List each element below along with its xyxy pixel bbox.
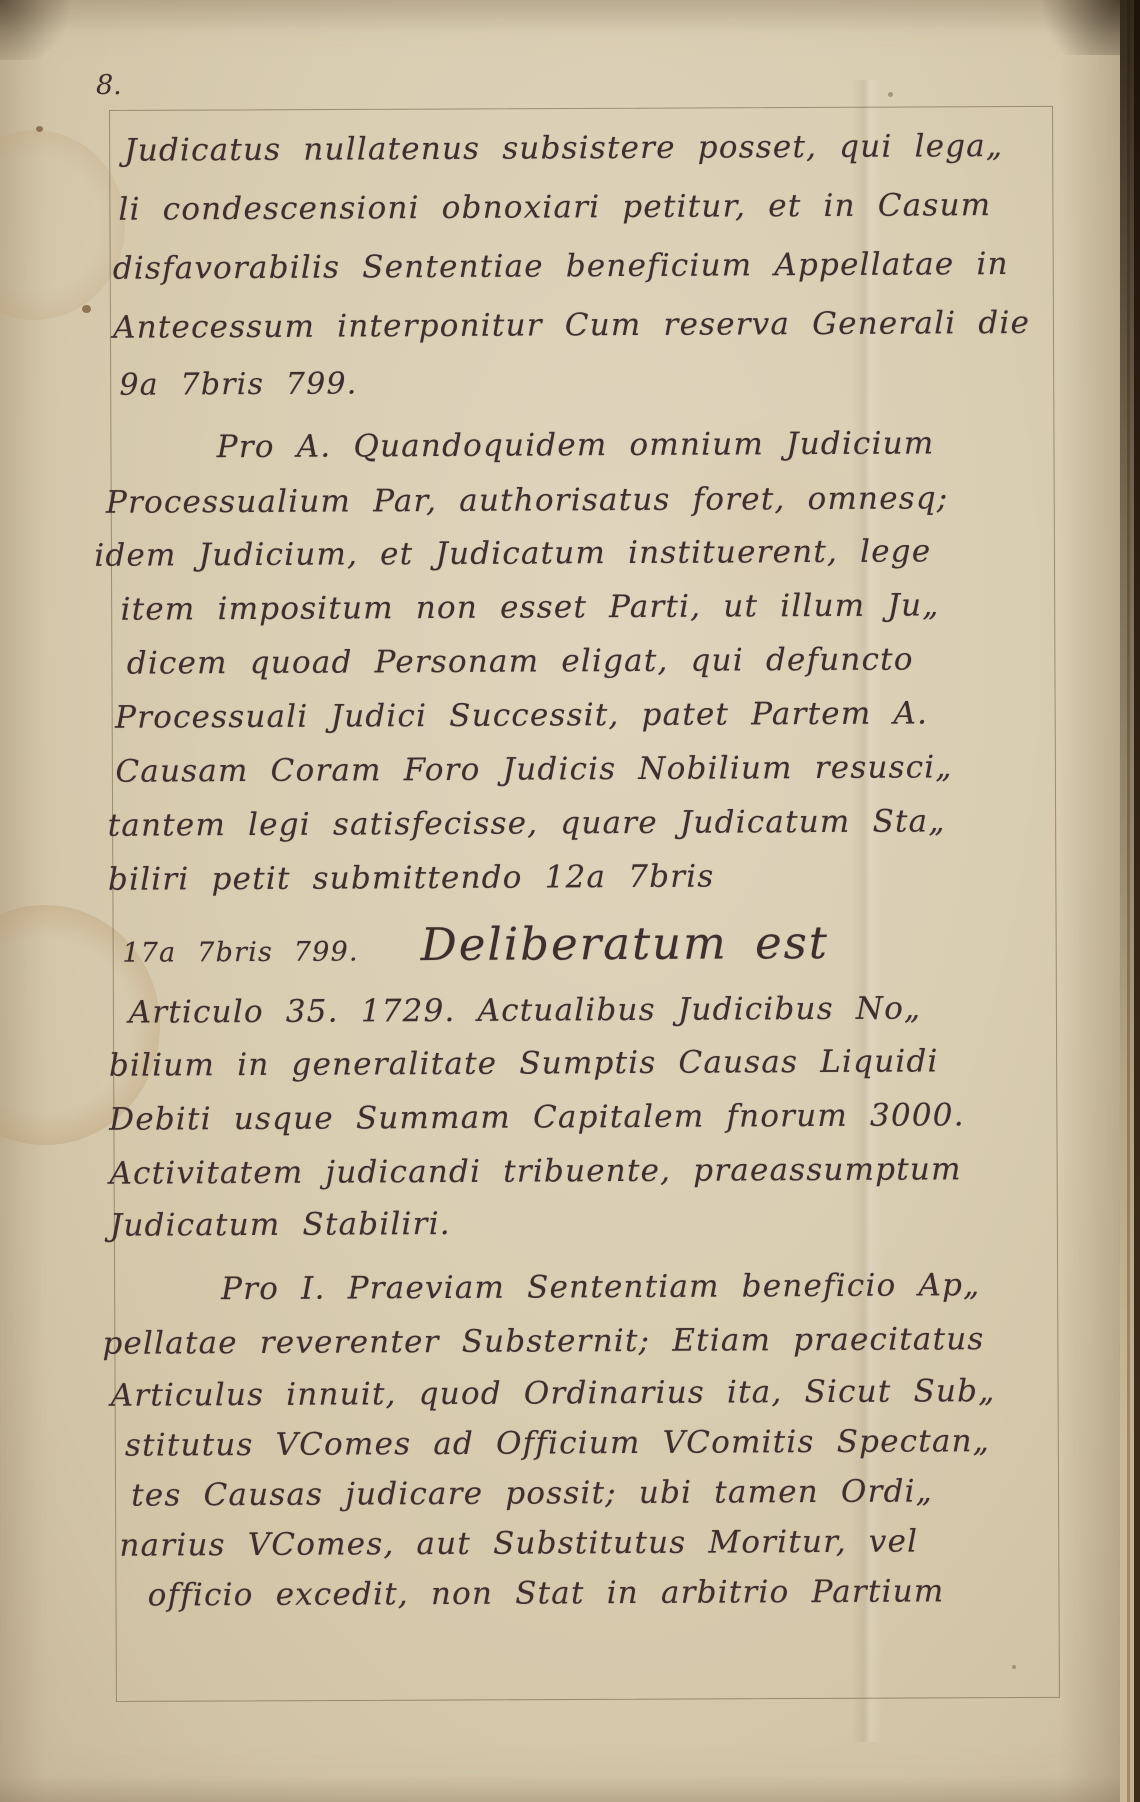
manuscript-line: Judicatum Stabiliri. (110, 1206, 451, 1244)
manuscript-line: tes Causas judicare possit; ubi tamen Or… (131, 1473, 933, 1513)
manuscript-line: narius VComes, aut Substitutus Moritur, … (119, 1524, 918, 1564)
manuscript-line: Processualium Par, authorisatus foret, o… (106, 480, 949, 520)
manuscript-line: Debiti usque Summam Capitalem fnorum 300… (109, 1097, 965, 1137)
manuscript-line-date: 9a 7bris 799. (119, 366, 357, 402)
margin-date: 17a 7bris 799. (122, 936, 359, 968)
manuscript-line: Articulus innuit, quod Ordinarius ita, S… (111, 1373, 996, 1414)
manuscript-line: li condescensioni obnoxiari petitur, et … (118, 187, 991, 228)
manuscript-line: biliri petit submittendo 12a 7bris (108, 859, 715, 898)
manuscript-line: Articulo 35. 1729. Actualibus Judicibus … (129, 991, 922, 1031)
manuscript-line: Pro A. Quandoquidem omnium Judicium (217, 425, 935, 465)
manuscript-line: Judicatus nullatenus subsistere posset, … (124, 128, 1003, 169)
manuscript-line: Pro I. Praeviam Sententiam beneficio Ap„ (221, 1267, 980, 1307)
manuscript-line: pellatae reverenter Substernit; Etiam pr… (102, 1321, 984, 1362)
manuscript-line: dicem quoad Personam eligat, qui defunct… (127, 642, 914, 682)
manuscript-line: idem Judicium, et Judicatum instituerent… (94, 533, 931, 573)
manuscript-line: bilium in generalitate Sumptis Causas Li… (109, 1043, 939, 1083)
manuscript-line: stitutus VComes ad Officium VComitis Spe… (125, 1423, 990, 1464)
manuscript-photo: 8. Judicatus nullatenus subsistere posse… (0, 0, 1140, 1802)
manuscript-text: Judicatus nullatenus subsistere posset, … (0, 0, 1129, 1802)
manuscript-line: Activitatem judicandi tribuente, praeass… (109, 1151, 961, 1191)
manuscript-line-deliberatum: 17a 7bris 799.Deliberatum est (122, 916, 829, 973)
manuscript-line: Causam Coram Foro Judicis Nobilium resus… (115, 749, 952, 789)
manuscript-line: Antecessum interponitur Cum reserva Gene… (113, 305, 1030, 346)
manuscript-line: disfavorabilis Sententiae beneficium App… (113, 246, 1009, 287)
manuscript-line: officio excedit, non Stat in arbitrio Pa… (148, 1573, 945, 1613)
manuscript-line: tantem legi satisfecisse, quare Judicatu… (108, 803, 946, 843)
deliberatum-heading: Deliberatum est (421, 916, 829, 971)
manuscript-line: item impositum non esset Parti, ut illum… (120, 587, 939, 627)
manuscript-line: Processuali Judici Successit, patet Part… (115, 695, 928, 735)
paper-sheet: 8. Judicatus nullatenus subsistere posse… (0, 0, 1120, 1802)
